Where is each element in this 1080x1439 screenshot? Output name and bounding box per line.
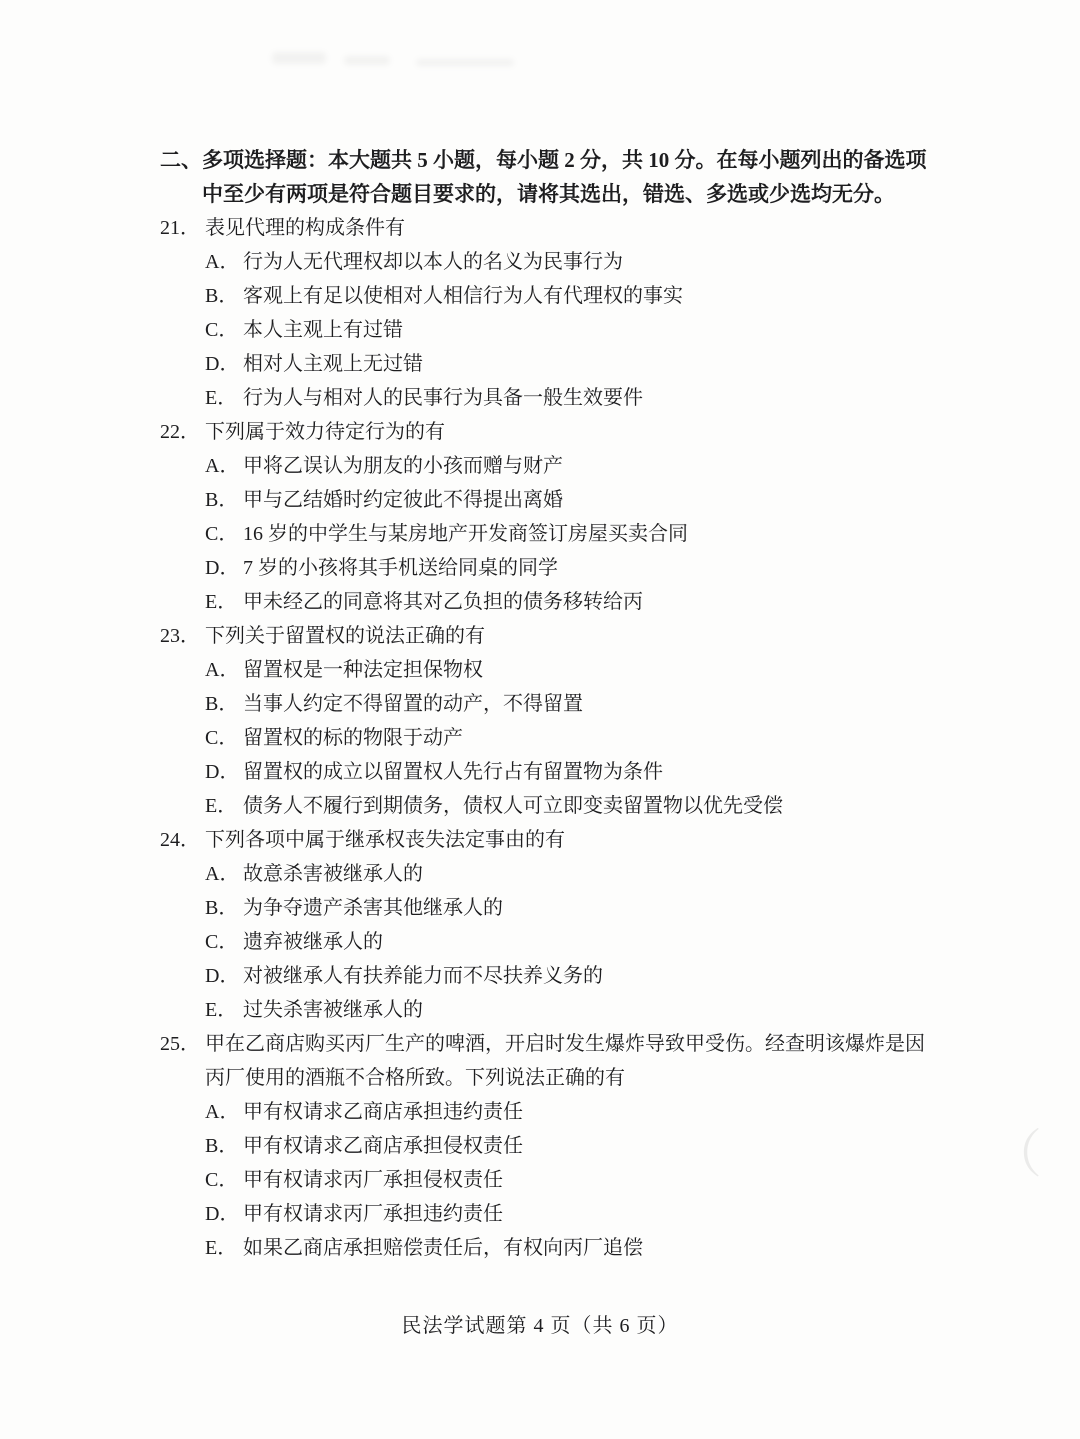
option-label: C． <box>205 313 243 347</box>
option-21-D: D． 相对人主观上无过错 <box>205 347 950 381</box>
option-label: D． <box>205 347 243 381</box>
option-text: 行为人无代理权却以本人的名义为民事行为 <box>243 245 950 279</box>
option-25-A: A． 甲有权请求乙商店承担违约责任 <box>205 1095 950 1129</box>
options-list: A． 故意杀害被继承人的 B． 为争夺遗产杀害其他继承人的 C． 遗弃被继承人的… <box>205 857 950 1027</box>
exam-content: 二、 多项选择题：本大题共 5 小题，每小题 2 分，共 10 分。在每小题列出… <box>160 143 950 1265</box>
option-label: B． <box>205 891 243 925</box>
option-label: D． <box>205 1197 243 1231</box>
option-22-A: A． 甲将乙误认为朋友的小孩而赠与财产 <box>205 449 950 483</box>
option-24-E: E． 过失杀害被继承人的 <box>205 993 950 1027</box>
question-number: 21． <box>160 211 205 245</box>
question-number: 22． <box>160 415 205 449</box>
question-text: 下列各项中属于继承权丧失法定事由的有 <box>205 823 942 857</box>
option-text: 遗弃被继承人的 <box>243 925 950 959</box>
section-number-label: 二、 <box>160 143 202 211</box>
option-22-E: E． 甲未经乙的同意将其对乙负担的债务移转给丙 <box>205 585 950 619</box>
option-22-D: D． 7 岁的小孩将其手机送给同桌的同学 <box>205 551 950 585</box>
question-text: 表见代理的构成条件有 <box>205 211 942 245</box>
option-label: A． <box>205 653 243 687</box>
option-25-C: C． 甲有权请求丙厂承担侵权责任 <box>205 1163 950 1197</box>
option-label: B． <box>205 483 243 517</box>
option-label: A． <box>205 1095 243 1129</box>
option-text: 如果乙商店承担赔偿责任后，有权向丙厂追偿 <box>243 1231 950 1265</box>
question-stem: 23． 下列关于留置权的说法正确的有 <box>160 619 950 653</box>
option-text: 为争夺遗产杀害其他继承人的 <box>243 891 950 925</box>
option-label: C． <box>205 721 243 755</box>
option-24-D: D． 对被继承人有扶养能力而不尽扶养义务的 <box>205 959 950 993</box>
page-footer: 民法学试题第 4 页（共 6 页） <box>0 1309 1080 1343</box>
option-text: 故意杀害被继承人的 <box>243 857 950 891</box>
option-23-B: B． 当事人约定不得留置的动产，不得留置 <box>205 687 950 721</box>
option-label: D． <box>205 551 243 585</box>
exam-page-scan: （ 二、 多项选择题：本大题共 5 小题，每小题 2 分，共 10 分。在每小题… <box>0 0 1080 1439</box>
option-22-C: C． 16 岁的中学生与某房地产开发商签订房屋买卖合同 <box>205 517 950 551</box>
question-23: 23． 下列关于留置权的说法正确的有 A． 留置权是一种法定担保物权 B． 当事… <box>160 619 950 823</box>
option-text: 7 岁的小孩将其手机送给同桌的同学 <box>243 551 950 585</box>
option-text: 当事人约定不得留置的动产，不得留置 <box>243 687 950 721</box>
option-23-A: A． 留置权是一种法定担保物权 <box>205 653 950 687</box>
section-instructions: 多项选择题：本大题共 5 小题，每小题 2 分，共 10 分。在每小题列出的备选… <box>202 143 942 211</box>
option-24-C: C． 遗弃被继承人的 <box>205 925 950 959</box>
option-text: 留置权是一种法定担保物权 <box>243 653 950 687</box>
option-text: 甲有权请求乙商店承担侵权责任 <box>243 1129 950 1163</box>
question-number: 25． <box>160 1027 205 1095</box>
option-21-C: C． 本人主观上有过错 <box>205 313 950 347</box>
option-label: D． <box>205 755 243 789</box>
option-label: E． <box>205 1231 243 1265</box>
question-text: 下列关于留置权的说法正确的有 <box>205 619 942 653</box>
option-label: A． <box>205 245 243 279</box>
option-text: 客观上有足以使相对人相信行为人有代理权的事实 <box>243 279 950 313</box>
option-text: 甲将乙误认为朋友的小孩而赠与财产 <box>243 449 950 483</box>
option-label: A． <box>205 857 243 891</box>
options-list: A． 甲将乙误认为朋友的小孩而赠与财产 B． 甲与乙结婚时约定彼此不得提出离婚 … <box>205 449 950 619</box>
footer-text: 民法学试题第 4 页（共 6 页） <box>402 1315 679 1337</box>
question-stem: 25． 甲在乙商店购买丙厂生产的啤酒，开启时发生爆炸导致甲受伤。经查明该爆炸是因… <box>160 1027 950 1095</box>
option-text: 对被继承人有扶养能力而不尽扶养义务的 <box>243 959 950 993</box>
option-label: E． <box>205 993 243 1027</box>
options-list: A． 行为人无代理权却以本人的名义为民事行为 B． 客观上有足以使相对人相信行为… <box>205 245 950 415</box>
section-header: 二、 多项选择题：本大题共 5 小题，每小题 2 分，共 10 分。在每小题列出… <box>160 143 950 211</box>
option-22-B: B． 甲与乙结婚时约定彼此不得提出离婚 <box>205 483 950 517</box>
option-label: E． <box>205 789 243 823</box>
option-text: 本人主观上有过错 <box>243 313 950 347</box>
option-label: E． <box>205 381 243 415</box>
option-21-E: E． 行为人与相对人的民事行为具备一般生效要件 <box>205 381 950 415</box>
option-text: 甲与乙结婚时约定彼此不得提出离婚 <box>243 483 950 517</box>
question-text: 下列属于效力待定行为的有 <box>205 415 942 449</box>
option-21-B: B． 客观上有足以使相对人相信行为人有代理权的事实 <box>205 279 950 313</box>
scan-artifact-paren: （ <box>990 1112 1042 1187</box>
option-21-A: A． 行为人无代理权却以本人的名义为民事行为 <box>205 245 950 279</box>
option-label: C． <box>205 517 243 551</box>
question-number: 24． <box>160 823 205 857</box>
option-text: 留置权的成立以留置权人先行占有留置物为条件 <box>243 755 950 789</box>
option-23-E: E． 债务人不履行到期债务，债权人可立即变卖留置物以优先受偿 <box>205 789 950 823</box>
option-label: D． <box>205 959 243 993</box>
option-label: E． <box>205 585 243 619</box>
option-text: 行为人与相对人的民事行为具备一般生效要件 <box>243 381 950 415</box>
option-label: A． <box>205 449 243 483</box>
option-text: 16 岁的中学生与某房地产开发商签订房屋买卖合同 <box>243 517 950 551</box>
option-text: 相对人主观上无过错 <box>243 347 950 381</box>
option-23-C: C． 留置权的标的物限于动产 <box>205 721 950 755</box>
option-label: B． <box>205 1129 243 1163</box>
scan-smudge <box>344 56 390 65</box>
option-label: B． <box>205 687 243 721</box>
option-text: 过失杀害被继承人的 <box>243 993 950 1027</box>
option-text: 甲未经乙的同意将其对乙负担的债务移转给丙 <box>243 585 950 619</box>
option-text: 甲有权请求乙商店承担违约责任 <box>243 1095 950 1129</box>
options-list: A． 留置权是一种法定担保物权 B． 当事人约定不得留置的动产，不得留置 C． … <box>205 653 950 823</box>
options-list: A． 甲有权请求乙商店承担违约责任 B． 甲有权请求乙商店承担侵权责任 C． 甲… <box>205 1095 950 1265</box>
scan-smudge <box>416 59 514 66</box>
question-24: 24． 下列各项中属于继承权丧失法定事由的有 A． 故意杀害被继承人的 B． 为… <box>160 823 950 1027</box>
option-24-A: A． 故意杀害被继承人的 <box>205 857 950 891</box>
option-25-E: E． 如果乙商店承担赔偿责任后，有权向丙厂追偿 <box>205 1231 950 1265</box>
option-text: 留置权的标的物限于动产 <box>243 721 950 755</box>
option-text: 债务人不履行到期债务，债权人可立即变卖留置物以优先受偿 <box>243 789 950 823</box>
question-21: 21． 表见代理的构成条件有 A． 行为人无代理权却以本人的名义为民事行为 B．… <box>160 211 950 415</box>
question-stem: 21． 表见代理的构成条件有 <box>160 211 950 245</box>
option-25-B: B． 甲有权请求乙商店承担侵权责任 <box>205 1129 950 1163</box>
question-stem: 24． 下列各项中属于继承权丧失法定事由的有 <box>160 823 950 857</box>
question-text: 甲在乙商店购买丙厂生产的啤酒，开启时发生爆炸导致甲受伤。经查明该爆炸是因丙厂使用… <box>205 1027 942 1095</box>
scan-smudge <box>272 52 326 64</box>
option-23-D: D． 留置权的成立以留置权人先行占有留置物为条件 <box>205 755 950 789</box>
option-label: B． <box>205 279 243 313</box>
question-22: 22． 下列属于效力待定行为的有 A． 甲将乙误认为朋友的小孩而赠与财产 B． … <box>160 415 950 619</box>
option-24-B: B． 为争夺遗产杀害其他继承人的 <box>205 891 950 925</box>
option-label: C． <box>205 1163 243 1197</box>
option-text: 甲有权请求丙厂承担侵权责任 <box>243 1163 950 1197</box>
question-25: 25． 甲在乙商店购买丙厂生产的啤酒，开启时发生爆炸导致甲受伤。经查明该爆炸是因… <box>160 1027 950 1265</box>
question-number: 23． <box>160 619 205 653</box>
option-text: 甲有权请求丙厂承担违约责任 <box>243 1197 950 1231</box>
option-25-D: D． 甲有权请求丙厂承担违约责任 <box>205 1197 950 1231</box>
question-stem: 22． 下列属于效力待定行为的有 <box>160 415 950 449</box>
option-label: C． <box>205 925 243 959</box>
